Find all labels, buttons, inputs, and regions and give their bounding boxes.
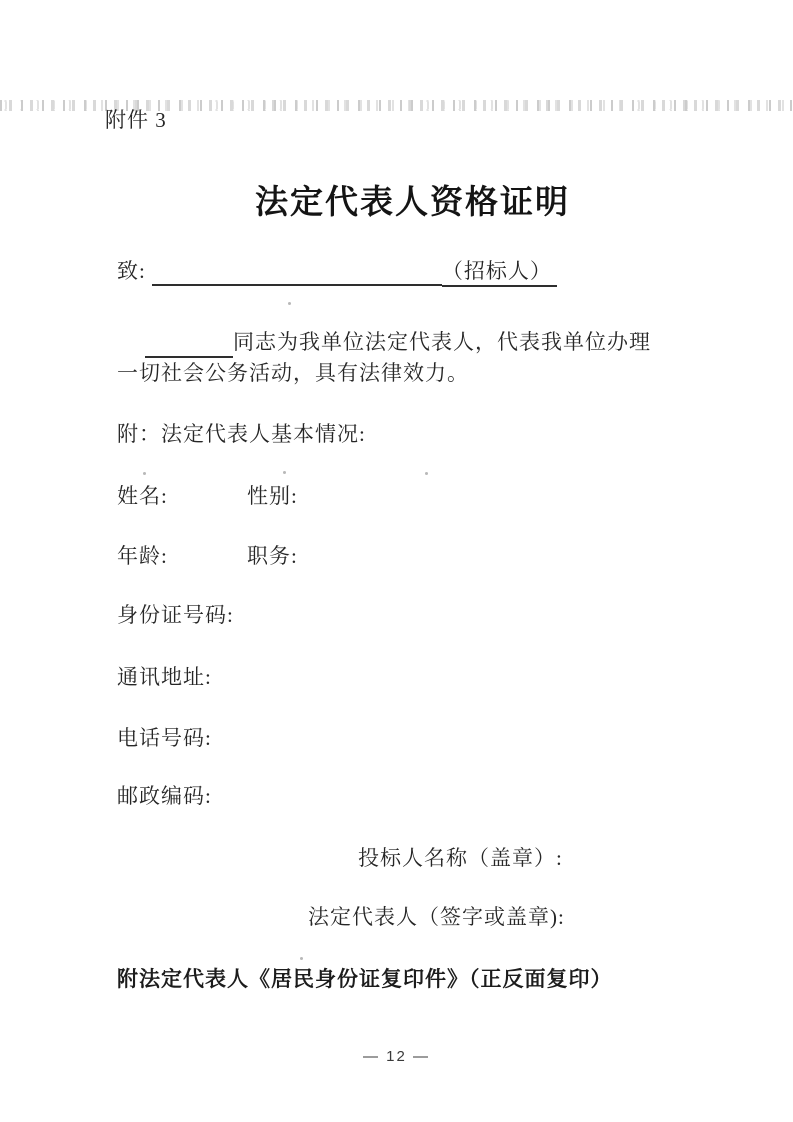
id-copy-note: 附法定代表人《居民身份证复印件》（正反面复印）: [117, 966, 613, 993]
scan-speck: [283, 471, 286, 474]
scan-speck: [425, 472, 428, 475]
basic-info-heading: 附：法定代表人基本情况:: [117, 421, 366, 448]
scan-speck: [288, 302, 291, 305]
paragraph-blank: [145, 330, 233, 358]
paragraph-line-1: 同志为我单位法定代表人，代表我单位办理: [233, 330, 651, 354]
field-label-age: 年龄:: [117, 543, 168, 570]
field-label-address: 通讯地址:: [117, 664, 212, 691]
field-label-postal-code: 邮政编码:: [117, 783, 212, 810]
document-title: 法定代表人资格证明: [0, 176, 793, 223]
scanned-document-page: 附件 3 法定代表人资格证明 致:（招标人） 同志为我单位法定代表人，代表我单位…: [0, 0, 793, 1122]
body-paragraph: 同志为我单位法定代表人，代表我单位办理 一切社会公务活动，具有法律效力。: [117, 327, 692, 389]
bidder-seal-line: 投标人名称（盖章）:: [358, 845, 563, 872]
field-label-phone: 电话号码:: [117, 725, 212, 752]
field-label-position: 职务:: [247, 543, 298, 570]
scan-speck: [143, 472, 146, 475]
recipient-hint: （招标人）: [442, 259, 557, 287]
page-number: — 12 —: [0, 1048, 793, 1065]
paragraph-line-2: 一切社会公务活动，具有法律效力。: [117, 361, 469, 385]
legal-rep-signature-line: 法定代表人（签字或盖章):: [308, 904, 565, 931]
scan-speck: [300, 957, 303, 960]
salutation-line: 致:（招标人）: [117, 258, 557, 286]
field-label-gender: 性别:: [247, 483, 298, 510]
field-label-id-number: 身份证号码:: [117, 602, 234, 629]
field-label-name: 姓名:: [117, 483, 168, 510]
attachment-label: 附件 3: [105, 107, 167, 134]
salutation-blank: [152, 260, 442, 286]
salutation-prefix: 致:: [117, 259, 146, 283]
